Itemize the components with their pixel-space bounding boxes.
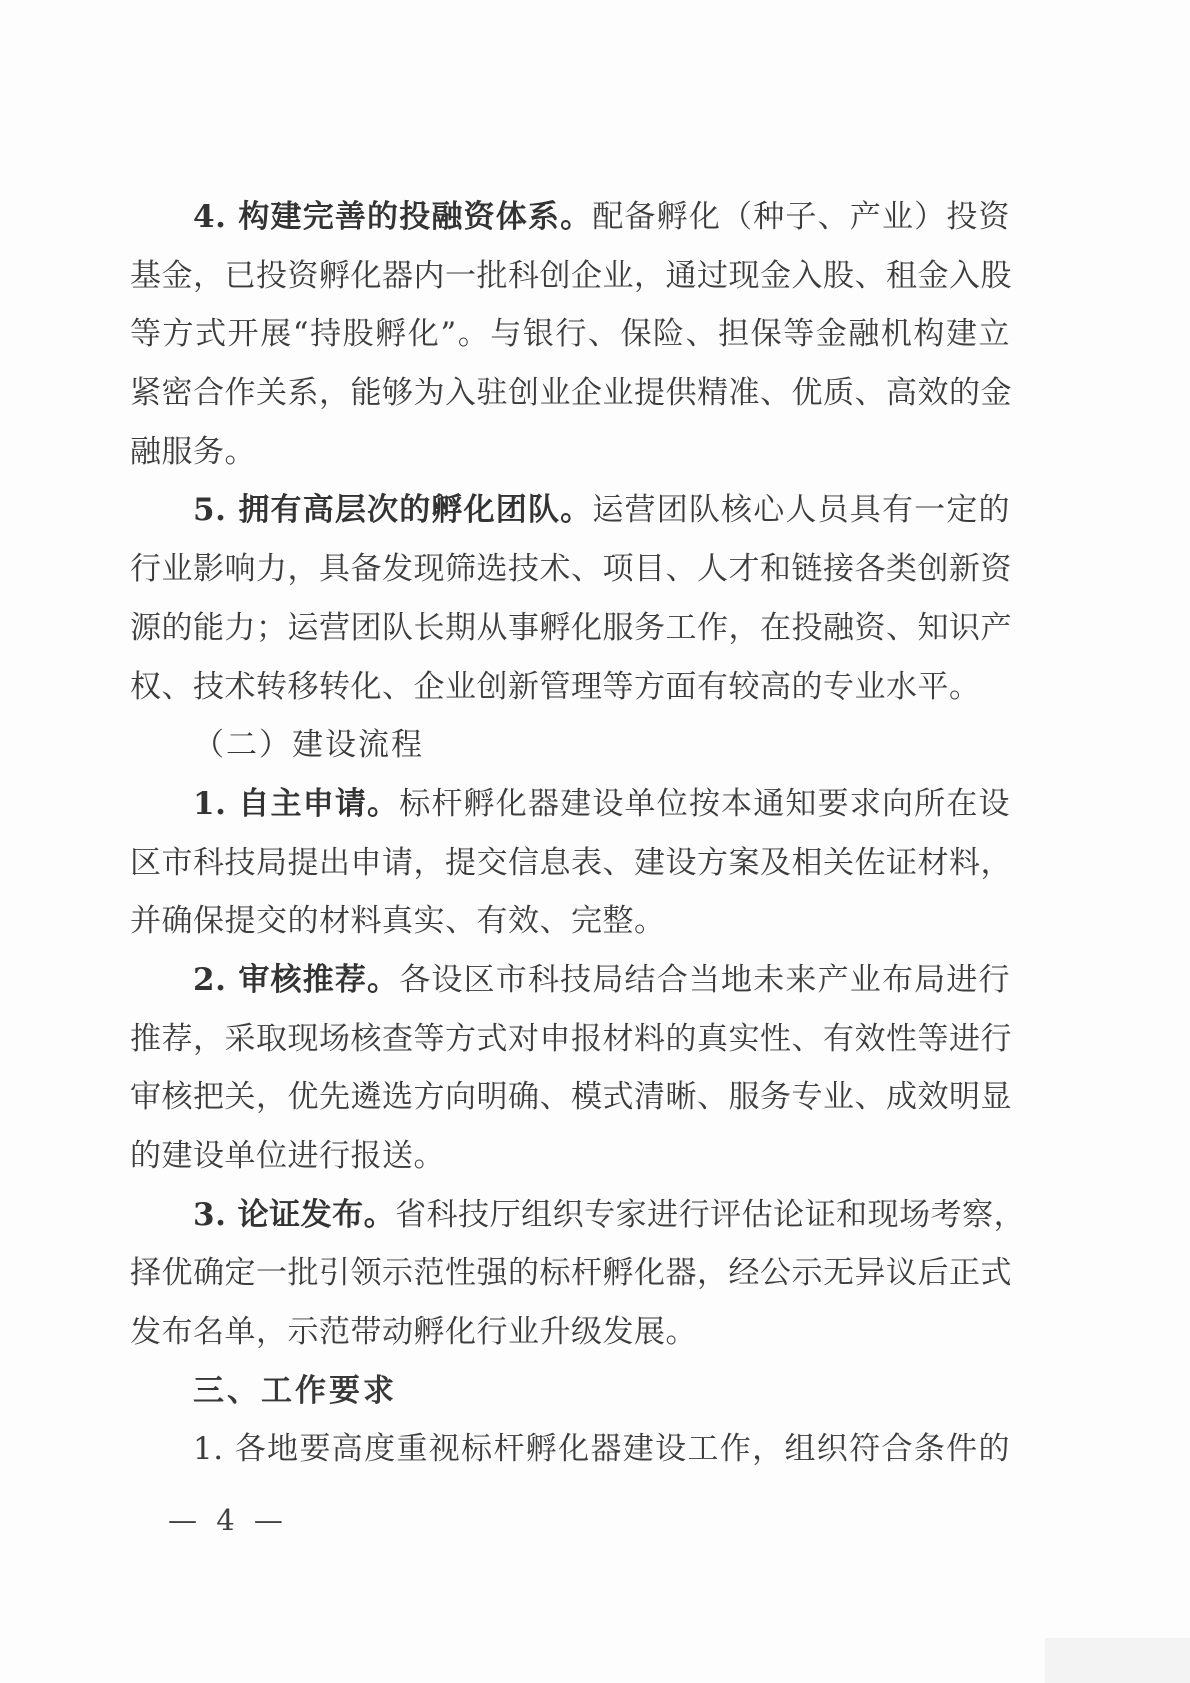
text-segment: 推荐，采取现场核查等方式对申报材料的真实性、有效性等进行 [130, 1021, 1012, 1057]
text-line: 发布名单，示范带动孵化行业升级发展。 [130, 1303, 1010, 1362]
section-heading-text: 三、工作要求 [193, 1373, 397, 1409]
text-line: 5. 拥有高层次的孵化团队。运营团队核心人员具有一定的 [130, 481, 1010, 540]
text-line: 行业影响力，具备发现筛选技术、项目、人才和链接各类创新资 [130, 540, 1010, 599]
lead-in-bold-text: 5. 拥有高层次的孵化团队。 [193, 492, 592, 528]
text-line: 权、技术转移转化、企业创新管理等方面有较高的专业水平。 [130, 658, 1010, 717]
scan-artifact [1045, 1638, 1190, 1683]
text-line: 区市科技局提出申请，提交信息表、建设方案及相关佐证材料， [130, 834, 1010, 893]
page-number: — 4 — [168, 1496, 288, 1544]
document-body: 4. 构建完善的投融资体系。配备孵化（种子、产业）投资基金，已投资孵化器内一批科… [130, 188, 1010, 1479]
text-segment: 融服务。 [130, 434, 256, 470]
text-line: 基金，已投资孵化器内一批科创企业，通过现金入股、租金入股 [130, 247, 1010, 306]
lead-in-bold-text: 4. 构建完善的投融资体系。 [193, 199, 592, 235]
text-line: 源的能力；运营团队长期从事孵化服务工作，在投融资、知识产 [130, 599, 1010, 658]
text-line: 4. 构建完善的投融资体系。配备孵化（种子、产业）投资 [130, 188, 1010, 247]
text-line: 审核把关，优先遴选方向明确、模式清晰、服务专业、成效明显 [130, 1068, 1010, 1127]
text-line: 的建设单位进行报送。 [130, 1127, 1010, 1186]
text-line: 融服务。 [130, 423, 1010, 482]
text-segment: 发布名单，示范带动孵化行业升级发展。 [130, 1314, 697, 1350]
text-segment: 权、技术转移转化、企业创新管理等方面有较高的专业水平。 [130, 669, 981, 705]
text-line: 等方式开展“持股孵化”。与银行、保险、担保等金融机构建立 [130, 305, 1010, 364]
text-segment: 并确保提交的材料真实、有效、完整。 [130, 903, 666, 939]
text-segment: 审核把关，优先遴选方向明确、模式清晰、服务专业、成效明显 [130, 1079, 1012, 1115]
text-line: 紧密合作关系，能够为入驻创业企业提供精准、优质、高效的金 [130, 364, 1010, 423]
text-segment: 等方式开展“持股孵化”。与银行、保险、担保等金融机构建立 [130, 316, 1010, 352]
text-line: 2. 审核推荐。各设区市科技局结合当地未来产业布局进行 [130, 951, 1010, 1010]
text-segment: 标杆孵化器建设单位按本通知要求向所在设 [399, 786, 1010, 822]
text-segment: 基金，已投资孵化器内一批科创企业，通过现金入股、租金入股 [130, 258, 1012, 294]
document-page: 4. 构建完善的投融资体系。配备孵化（种子、产业）投资基金，已投资孵化器内一批科… [0, 0, 1190, 1683]
text-line: 推荐，采取现场核查等方式对申报材料的真实性、有效性等进行 [130, 1010, 1010, 1069]
text-line: 1. 各地要高度重视标杆孵化器建设工作，组织符合条件的 [130, 1420, 1010, 1479]
text-segment: 省科技厅组织专家进行评估论证和现场考察， [395, 1197, 1025, 1233]
text-segment: 择优确定一批引领示范性强的标杆孵化器，经公示无异议后正式 [130, 1255, 1012, 1291]
lead-in-bold-text: 1. 自主申请。 [193, 786, 399, 822]
text-segment: 配备孵化（种子、产业）投资 [592, 199, 1010, 235]
text-segment: 区市科技局提出申请，提交信息表、建设方案及相关佐证材料， [130, 845, 1012, 881]
text-line: 3. 论证发布。省科技厅组织专家进行评估论证和现场考察， [130, 1186, 1010, 1245]
text-line: 三、工作要求 [130, 1362, 1010, 1421]
text-segment: 紧密合作关系，能够为入驻创业企业提供精准、优质、高效的金 [130, 375, 1012, 411]
text-line: 并确保提交的材料真实、有效、完整。 [130, 892, 1010, 951]
subsection-heading-text: （二）建设流程 [193, 727, 424, 763]
lead-in-bold-text: 2. 审核推荐。 [193, 962, 399, 998]
text-line: 1. 自主申请。标杆孵化器建设单位按本通知要求向所在设 [130, 775, 1010, 834]
lead-in-bold-text: 3. 论证发布。 [193, 1197, 395, 1233]
text-line: （二）建设流程 [130, 716, 1010, 775]
text-segment: 1. 各地要高度重视标杆孵化器建设工作，组织符合条件的 [193, 1431, 1010, 1467]
text-segment: 的建设单位进行报送。 [130, 1138, 445, 1174]
text-segment: 运营团队核心人员具有一定的 [592, 492, 1010, 528]
text-segment: 源的能力；运营团队长期从事孵化服务工作，在投融资、知识产 [130, 610, 1012, 646]
text-segment: 各设区市科技局结合当地未来产业布局进行 [399, 962, 1010, 998]
text-segment: 行业影响力，具备发现筛选技术、项目、人才和链接各类创新资 [130, 551, 1012, 587]
text-line: 择优确定一批引领示范性强的标杆孵化器，经公示无异议后正式 [130, 1244, 1010, 1303]
